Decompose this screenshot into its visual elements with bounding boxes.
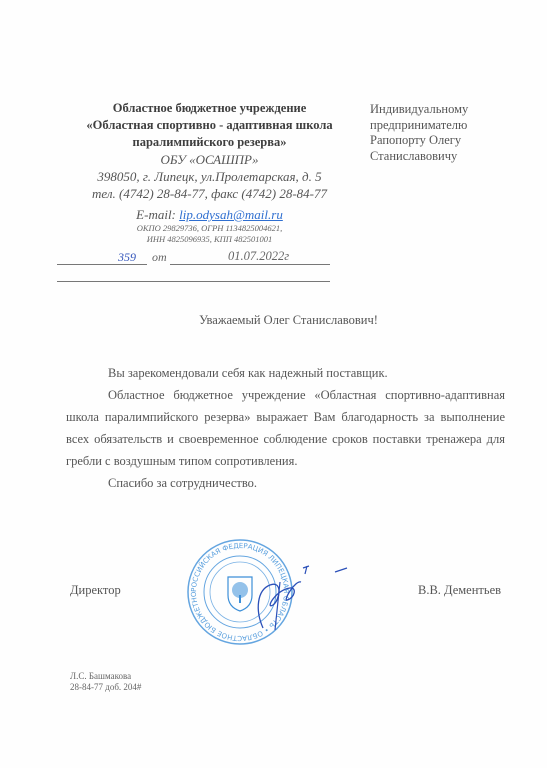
letter-body-continued: школа паралимпийского резерва» выражает …: [66, 406, 505, 494]
email-label: E-mail:: [136, 207, 179, 222]
registration-date: 01.07.2022г: [228, 249, 289, 264]
paragraph-thanks: Спасибо за сотрудничество.: [66, 472, 505, 494]
reg-second-underline: [57, 281, 330, 282]
reg-date-underline: [170, 264, 330, 265]
signatory-name: В.В. Дементьев: [418, 583, 501, 598]
sender-short-name: ОБУ «ОСАШПР»: [62, 151, 357, 168]
registration-number: 359: [118, 250, 136, 265]
sender-address: 398050, г. Липецк, ул.Пролетарская, д. 5: [62, 168, 357, 185]
sender-org-line3: паралимпийского резерва»: [62, 134, 357, 151]
executor-name: Л.С. Башмакова: [70, 671, 141, 682]
sender-email-line: E-mail: lip.odysah@mail.ru: [62, 207, 357, 223]
salutation: Уважаемый Олег Станиславович!: [0, 313, 547, 328]
registration-ot-label: от: [152, 250, 167, 265]
paragraph-gratitude-rest: школа паралимпийского резерва» выражает …: [66, 406, 505, 472]
addressee-line1: Индивидуальному: [370, 102, 520, 118]
sender-org-line2: «Областная спортивно - адаптивная школа: [62, 117, 357, 134]
addressee-line2: предпринимателю: [370, 118, 520, 134]
letter-body: Вы зарекомендовали себя как надежный пос…: [108, 362, 505, 406]
addressee-block: Индивидуальному предпринимателю Рапопорт…: [370, 102, 520, 164]
addressee-line4: Станиславовичу: [370, 149, 520, 165]
sender-phones: тел. (4742) 28-84-77, факс (4742) 28-84-…: [62, 185, 357, 202]
sender-letterhead: Областное бюджетное учреждение «Областна…: [62, 100, 357, 245]
paragraph-gratitude-start: Областное бюджетное учреждение «Областна…: [108, 384, 505, 406]
addressee-line3: Рапопорту Олегу: [370, 133, 520, 149]
handwritten-signature-icon: [235, 560, 355, 630]
letter-page: Областное бюджетное учреждение «Областна…: [0, 0, 547, 768]
paragraph-supplier: Вы зарекомендовали себя как надежный пос…: [108, 362, 505, 384]
executor-phone: 28-84-77 доб. 204#: [70, 682, 141, 693]
email-link[interactable]: lip.odysah@mail.ru: [179, 207, 283, 222]
signatory-role: Директор: [70, 583, 121, 598]
executor-footer: Л.С. Башмакова 28-84-77 доб. 204#: [70, 671, 141, 693]
sender-codes-line1: ОКПО 29829736, ОГРН 1134825004621,: [62, 223, 357, 234]
sender-codes-line2: ИНН 4825096935, КПП 482501001: [62, 234, 357, 245]
sender-org-line1: Областное бюджетное учреждение: [62, 100, 357, 117]
